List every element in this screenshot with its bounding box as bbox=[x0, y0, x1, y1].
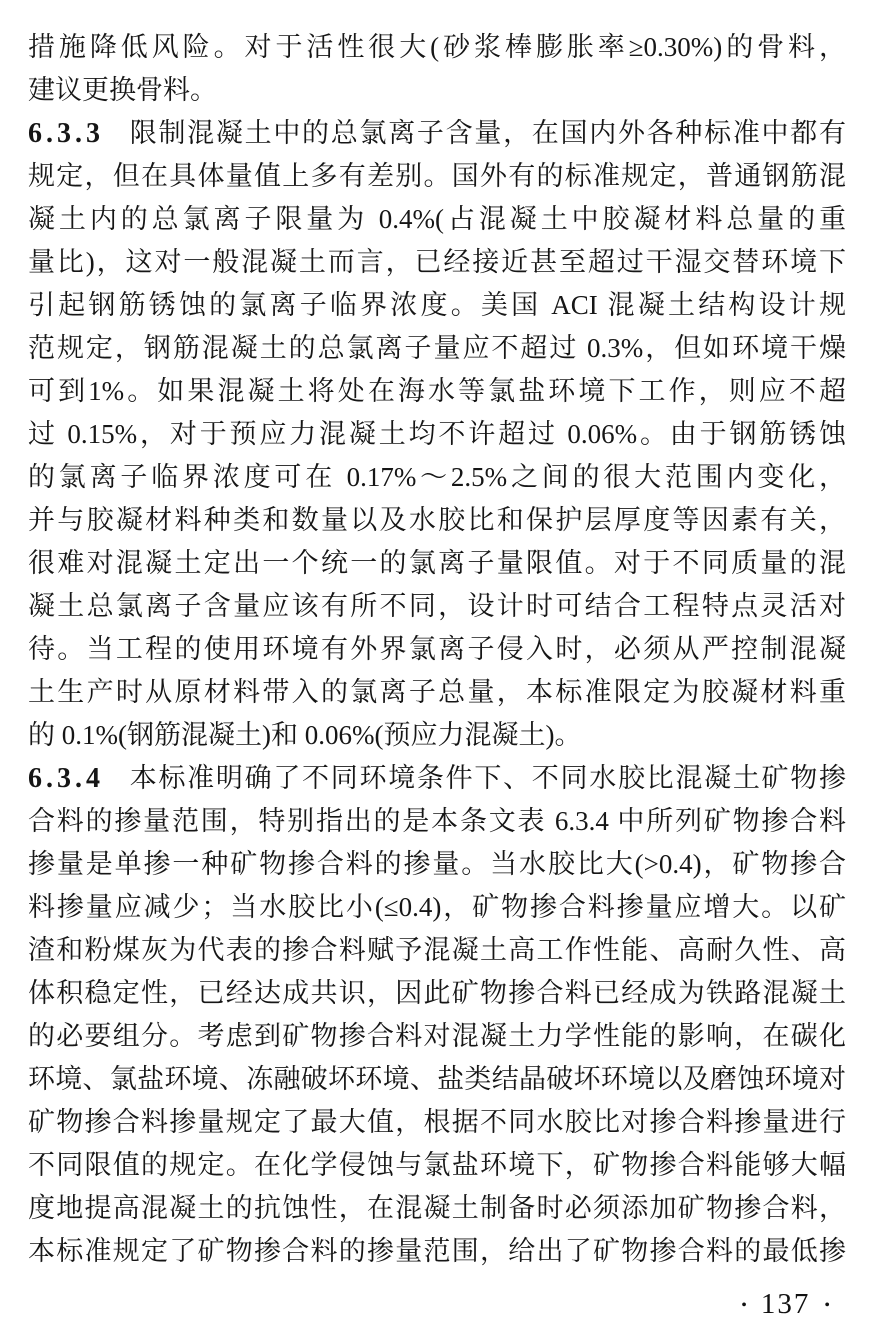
text-line: 引起钢筋锈蚀的氯离子临界浓度。美国 ACI 混凝土结构设计规 bbox=[28, 284, 846, 327]
text-line: 很难对混凝土定出一个统一的氯离子量限值。对于不同质量的混 bbox=[28, 542, 846, 585]
text-line: 矿物掺合料掺量规定了最大值，根据不同水胶比对掺合料掺量进行 bbox=[28, 1101, 846, 1144]
text-line: 范规定，钢筋混凝土的总氯离子量应不超过 0.3%，但如环境干燥 bbox=[28, 327, 846, 370]
text-line: 的氯离子临界浓度可在 0.17%～2.5%之间的很大范围内变化， bbox=[28, 456, 846, 499]
text-line: 并与胶凝材料种类和数量以及水胶比和保护层厚度等因素有关， bbox=[28, 499, 846, 542]
text-line: 凝土内的总氯离子限量为 0.4%(占混凝土中胶凝材料总量的重 bbox=[28, 198, 846, 241]
text-line: 不同限值的规定。在化学侵蚀与氯盐环境下，矿物掺合料能够大幅 bbox=[28, 1144, 846, 1187]
text-line: 6.3.3限制混凝土中的总氯离子含量，在国内外各种标准中都有 bbox=[28, 112, 846, 155]
text-line: 体积稳定性，已经达成共识，因此矿物掺合料已经成为铁路混凝土 bbox=[28, 972, 846, 1015]
text-line: 合料的掺量范围，特别指出的是本条文表 6.3.4 中所列矿物掺合料 bbox=[28, 800, 846, 843]
continuation-paragraph: 措施降低风险。对于活性很大(砂浆棒膨胀率≥0.30%)的骨料，建议更换骨料。 bbox=[28, 26, 846, 112]
section-number: 6.3.4 bbox=[28, 763, 104, 794]
text-line: 本标准规定了矿物掺合料的掺量范围，给出了矿物掺合料的最低掺 bbox=[28, 1230, 846, 1273]
page-number: 137 bbox=[761, 1288, 811, 1321]
text-line: 的必要组分。考虑到矿物掺合料对混凝土力学性能的影响，在碳化 bbox=[28, 1015, 846, 1058]
footer-right-dot: • bbox=[824, 1298, 830, 1314]
document-page: 措施降低风险。对于活性很大(砂浆棒膨胀率≥0.30%)的骨料，建议更换骨料。6.… bbox=[0, 0, 874, 1343]
section-paragraph-6-3-3: 6.3.3限制混凝土中的总氯离子含量，在国内外各种标准中都有规定，但在具体量值上… bbox=[28, 112, 846, 757]
page-footer: • 137 • bbox=[741, 1288, 830, 1321]
section-number: 6.3.3 bbox=[28, 118, 104, 149]
text-line: 规定，但在具体量值上多有差别。国外有的标准规定，普通钢筋混 bbox=[28, 155, 846, 198]
text-line: 渣和粉煤灰为代表的掺合料赋予混凝土高工作性能、高耐久性、高 bbox=[28, 929, 846, 972]
text-line: 料掺量应减少；当水胶比小(≤0.4)，矿物掺合料掺量应增大。以矿 bbox=[28, 886, 846, 929]
line-text: 本标准明确了不同环境条件下、不同水胶比混凝土矿物掺 bbox=[128, 763, 846, 793]
text-line: 措施降低风险。对于活性很大(砂浆棒膨胀率≥0.30%)的骨料， bbox=[28, 26, 846, 69]
text-line: 环境、氯盐环境、冻融破坏环境、盐类结晶破坏环境以及磨蚀环境对 bbox=[28, 1058, 846, 1101]
text-line: 6.3.4本标准明确了不同环境条件下、不同水胶比混凝土矿物掺 bbox=[28, 757, 846, 800]
section-paragraph-6-3-4: 6.3.4本标准明确了不同环境条件下、不同水胶比混凝土矿物掺合料的掺量范围，特别… bbox=[28, 757, 846, 1273]
text-line: 凝土总氯离子含量应该有所不同，设计时可结合工程特点灵活对 bbox=[28, 585, 846, 628]
text-line: 掺量是单掺一种矿物掺合料的掺量。当水胶比大(>0.4)，矿物掺合 bbox=[28, 843, 846, 886]
text-line: 可到1%。如果混凝土将处在海水等氯盐环境下工作，则应不超 bbox=[28, 370, 846, 413]
text-line: 建议更换骨料。 bbox=[28, 69, 846, 112]
text-line: 度地提高混凝土的抗蚀性，在混凝土制备时必须添加矿物掺合料， bbox=[28, 1187, 846, 1230]
text-line: 土生产时从原材料带入的氯离子总量，本标准限定为胶凝材料重 bbox=[28, 671, 846, 714]
text-line: 量比)，这对一般混凝土而言，已经接近甚至超过干湿交替环境下 bbox=[28, 241, 846, 284]
text-line: 待。当工程的使用环境有外界氯离子侵入时，必须从严控制混凝 bbox=[28, 628, 846, 671]
footer-left-dot: • bbox=[741, 1298, 747, 1314]
text-line: 过 0.15%，对于预应力混凝土均不许超过 0.06%。由于钢筋锈蚀 bbox=[28, 413, 846, 456]
line-text: 限制混凝土中的总氯离子含量，在国内外各种标准中都有 bbox=[128, 118, 846, 148]
text-line: 的 0.1%(钢筋混凝土)和 0.06%(预应力混凝土)。 bbox=[28, 714, 846, 757]
page-content: 措施降低风险。对于活性很大(砂浆棒膨胀率≥0.30%)的骨料，建议更换骨料。6.… bbox=[28, 26, 846, 1273]
